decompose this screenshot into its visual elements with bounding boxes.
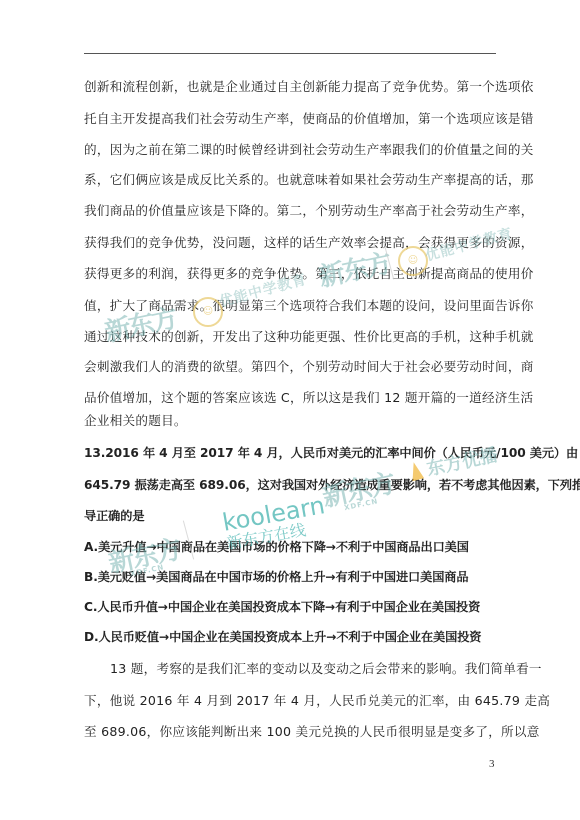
question-stem-line: 13.2016 年 4 月至 2017 年 4 月，人民币对美元的汇率中间价（人… [84,445,498,461]
body-line: 至 689.06，你应该能判断出来 100 美元兑换的人民币很明显是变多了，所以… [84,724,498,740]
body-line: 我们商品的价值量应该是下降的。第二，个别劳动生产率高于社会劳动生产率， [84,203,498,219]
body-line: 品价值增加，这个题的答案应该选 C，所以这是我们 12 题开篇的一道经济生活 [84,390,498,406]
option-b: B.美元贬值→美国商品在中国市场的价格上升→有利于中国进口美国商品 [84,569,498,585]
body-line: 值，扩大了商品需求。很明显第三个选项符合我们本题的设问，设问里面告诉你 [84,298,498,314]
body-line: 获得更多的利润，获得更多的竞争优势。第三，依托自主创新提高商品的使用价 [84,266,498,282]
page-number: 3 [489,758,495,770]
body-line: 创新和流程创新，也就是企业通过自主创新能力提高了竞争优势。第一个选项依 [84,79,498,95]
body-line: 托自主开发提高我们社会劳动生产率，使商品的价值增加，第一个选项应该是错 [84,111,498,127]
option-a: A.美元升值→中国商品在美国市场的价格下降→不利于中国商品出口美国 [84,539,498,555]
option-c: C.人民币升值→中国企业在美国投资成本下降→有利于中国企业在美国投资 [84,599,498,615]
body-line: 13 题，考察的是我们汇率的变动以及变动之后会带来的影响。我们简单看一 [84,661,498,677]
body-line: 获得我们的竞争优势，没问题，这样的话生产效率会提高，会获得更多的资源， [84,235,498,251]
body-line: 会刺激我们人的消费的欲望。第四个，个别劳动时间大于社会必要劳动时间，商 [84,359,498,375]
body-line: 企业相关的题目。 [84,413,498,429]
header-rule [84,53,496,54]
body-line: 通过这种技术的创新，开发出了这种功能更强、性价比更高的手机，这种手机就 [84,329,498,345]
question-stem-line: 导正确的是 [84,508,498,524]
body-line: 的，因为之前在第二课的时候曾经讲到社会劳动生产率跟我们的价值量之间的关 [84,142,498,158]
question-stem-line: 645.79 振荡走高至 689.06，这对我国对外经济造成重要影响，若不考虑其… [84,477,498,493]
body-line: 下，他说 2016 年 4 月到 2017 年 4 月，人民币兑美元的汇率，由 … [84,693,498,709]
body-line: 系，它们俩应该是成反比关系的。也就意味着如果社会劳动生产率提高的话，那 [84,172,498,188]
option-d: D.人民币贬值→中国企业在美国投资成本上升→不利于中国企业在美国投资 [84,629,498,645]
